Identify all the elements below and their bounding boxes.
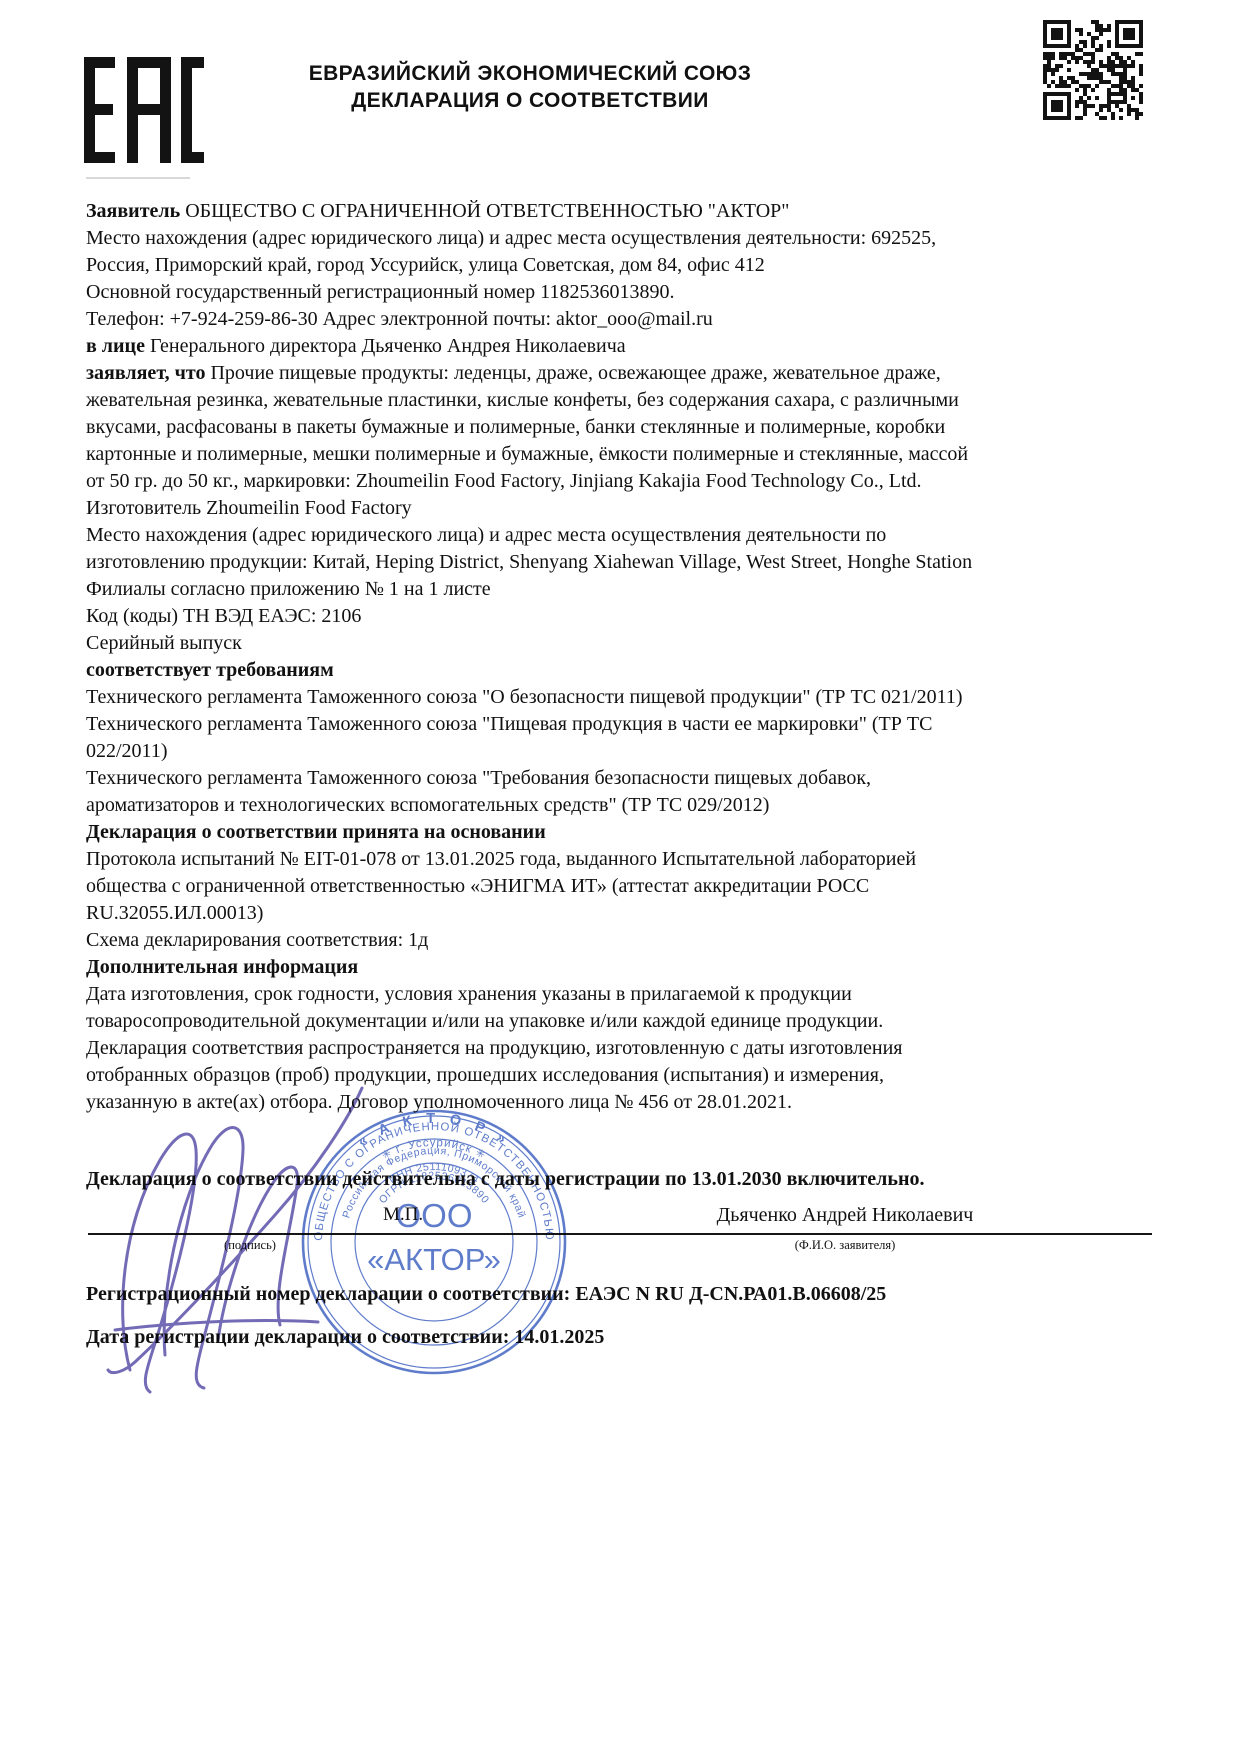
body-line: Место нахождения (адрес юридического лиц… (86, 522, 1166, 549)
body-line: ароматизаторов и технологических вспомог… (86, 792, 1166, 819)
body-line: Технического регламента Таможенного союз… (86, 684, 1166, 711)
body-line: Декларация о соответствии принята на осн… (86, 819, 1166, 846)
body-line: соответствует требованиям (86, 657, 1166, 684)
body-line: Изготовитель Zhoumeilin Food Factory (86, 495, 1166, 522)
body-line: Дополнительная информация (86, 954, 1166, 981)
body-text: Заявитель ОБЩЕСТВО С ОГРАНИЧЕННОЙ ОТВЕТС… (86, 198, 1166, 1116)
title-line-1: ЕВРАЗИЙСКИЙ ЭКОНОМИЧЕСКИЙ СОЮЗ (180, 60, 880, 87)
body-line: Дата изготовления, срок годности, услови… (86, 981, 1166, 1008)
body-line: Основной государственный регистрационный… (86, 279, 1166, 306)
body-line: Протокола испытаний № EIT-01-078 от 13.0… (86, 846, 1166, 873)
title-line-2: ДЕКЛАРАЦИЯ О СООТВЕТСТВИИ (180, 87, 880, 114)
body-line: жевательная резинка, жевательные пластин… (86, 387, 1166, 414)
body-line: от 50 гр. до 50 кг., маркировки: Zhoumei… (86, 468, 1166, 495)
stamp-center-ooo: ООО (395, 1197, 472, 1234)
body-line: товаросопроводительной документации и/ил… (86, 1008, 1166, 1035)
body-line: Схема декларирования соответствия: 1д (86, 927, 1166, 954)
body-line: Серийный выпуск (86, 630, 1166, 657)
body-line: изготовлению продукции: Китай, Heping Di… (86, 549, 1166, 576)
body-line: в лице Генерального директора Дьяченко А… (86, 333, 1166, 360)
body-line: Технического регламента Таможенного союз… (86, 765, 1166, 792)
name-caption: (Ф.И.О. заявителя) (745, 1238, 945, 1253)
body-line: 022/2011) (86, 738, 1166, 765)
stamp-center-aktor: «АКТОР» (367, 1242, 501, 1277)
body-line: Россия, Приморский край, город Уссурийск… (86, 252, 1166, 279)
qr-code-icon (1043, 20, 1143, 120)
logo-underline (86, 177, 190, 179)
body-line: картонные и полимерные, мешки полимерные… (86, 441, 1166, 468)
body-line: Телефон: +7-924-259-86-30 Адрес электрон… (86, 306, 1166, 333)
signer-name: Дьяченко Андрей Николаевич (620, 1204, 1070, 1227)
body-line: вкусами, расфасованы в пакеты бумажные и… (86, 414, 1166, 441)
body-line: Технического регламента Таможенного союз… (86, 711, 1166, 738)
body-line: заявляет, что Прочие пищевые продукты: л… (86, 360, 1166, 387)
body-line: Код (коды) ТН ВЭД ЕАЭС: 2106 (86, 603, 1166, 630)
body-line: общества с ограниченной ответственностью… (86, 873, 1166, 900)
body-line: Заявитель ОБЩЕСТВО С ОГРАНИЧЕННОЙ ОТВЕТС… (86, 198, 1166, 225)
declaration-document: ЕВРАЗИЙСКИЙ ЭКОНОМИЧЕСКИЙ СОЮЗ ДЕКЛАРАЦИ… (0, 0, 1241, 1754)
body-line: RU.32055.ИЛ.00013) (86, 900, 1166, 927)
document-title: ЕВРАЗИЙСКИЙ ЭКОНОМИЧЕСКИЙ СОЮЗ ДЕКЛАРАЦИ… (180, 60, 880, 114)
body-line: Место нахождения (адрес юридического лиц… (86, 225, 1166, 252)
body-line: Филиалы согласно приложению № 1 на 1 лис… (86, 576, 1166, 603)
handwritten-signature (60, 1040, 380, 1400)
